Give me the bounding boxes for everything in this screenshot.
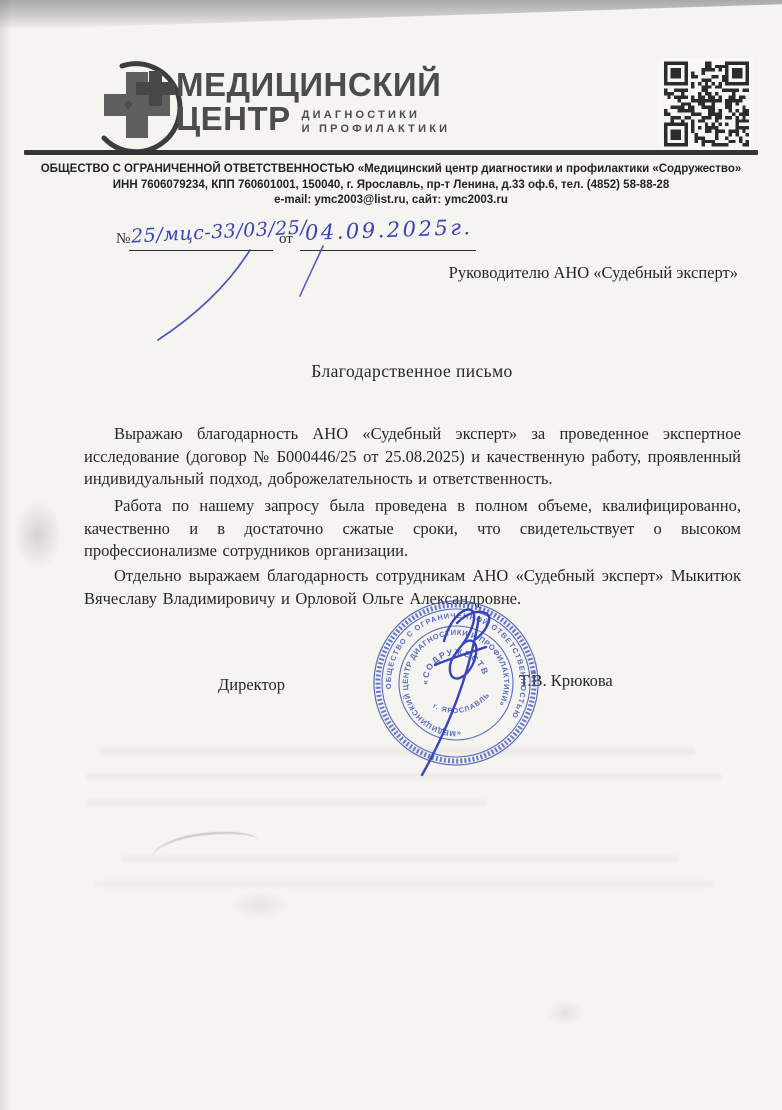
paragraph-2: Работа по нашему запросу была проведена … <box>84 495 741 563</box>
logo-title-line2: ЦЕНТР <box>176 102 291 136</box>
company-contacts-line: e-mail: ymc2003@list.ru, сайт: ymc2003.r… <box>0 193 782 209</box>
qr-code <box>659 58 754 150</box>
scanner-top-shadow <box>0 0 782 30</box>
logo-subtitle-line1: ДИАГНОСТИКИ <box>302 109 451 123</box>
director-signature-autograph <box>358 583 588 798</box>
bleed-through-line <box>98 747 696 755</box>
company-inn-address-line: ИНН 7606079234, КПП 760601001, 150040, г… <box>0 178 782 194</box>
signer-role: Директор <box>218 675 285 695</box>
bleed-through-line <box>86 773 722 781</box>
paragraph-1: Выражаю благодарность АНО «Судебный эксп… <box>84 423 741 491</box>
bleed-through-line <box>95 880 715 888</box>
scan-smudge <box>545 1000 585 1026</box>
scan-smudge <box>14 500 62 570</box>
pen-stroke-descenders <box>118 240 348 360</box>
logo-subtitle-line2: И ПРОФИЛАКТИКИ <box>302 123 451 137</box>
company-requisites: ОБЩЕСТВО С ОГРАНИЧЕННОЙ ОТВЕТСТВЕННОСТЬЮ… <box>0 162 782 209</box>
addressee-line: Руководителю АНО «Судебный эксперт» <box>380 263 738 283</box>
logo-title-line1: МЕДИЦИНСКИЙ <box>176 68 450 102</box>
scanned-letter-page: МЕДИЦИНСКИЙ ЦЕНТР ДИАГНОСТИКИ И ПРОФИЛАК… <box>0 0 782 1110</box>
bleed-through-line <box>86 799 486 807</box>
letter-title: Благодарственное письмо <box>84 361 740 382</box>
scan-smudge <box>230 890 290 920</box>
company-name-line: ОБЩЕСТВО С ОГРАНИЧЕННОЙ ОТВЕТСТВЕННОСТЬЮ… <box>0 162 782 178</box>
header-divider-line <box>24 150 758 155</box>
logo-wordmark: МЕДИЦИНСКИЙ ЦЕНТР ДИАГНОСТИКИ И ПРОФИЛАК… <box>176 68 450 136</box>
